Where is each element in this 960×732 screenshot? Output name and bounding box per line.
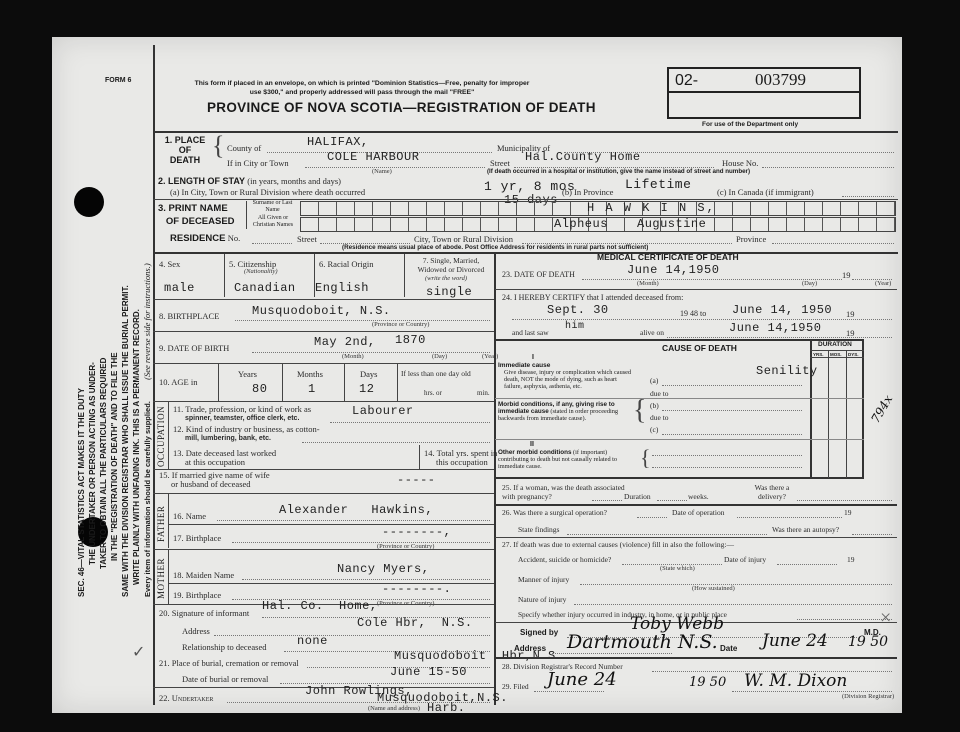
last-saw-value: him — [565, 321, 585, 332]
sex-value: male — [164, 281, 195, 295]
postal-notice: This form if placed in an envelope, on w… — [162, 79, 562, 97]
signature-date: June 24 — [762, 631, 828, 651]
birthplace-value: Musquodoboit, N.S. — [252, 304, 391, 318]
mother-birthplace: --------. — [382, 582, 451, 596]
dob-value: May 2nd, — [314, 335, 376, 349]
mother-maiden-name: Nancy Myers, — [337, 562, 429, 576]
father-birthplace: --------, — [382, 525, 451, 539]
age-months: 1 — [308, 382, 316, 396]
mother-section-label: MOTHER — [156, 558, 166, 599]
marital-status-value: single — [426, 285, 472, 299]
physician-address: Dartmouth N.S. — [567, 631, 718, 653]
margin-instructions: SEC. 46—VITAL STATISTICS ACT MAKES IT TH… — [76, 97, 142, 597]
given-name-2: Augustine — [637, 217, 706, 231]
department-note: For use of the Department only — [702, 121, 798, 128]
place-of-death-label: 1. PLACEOFDEATH — [160, 135, 210, 165]
spouse-value: ----- — [397, 473, 436, 487]
informant-address: Cole Hbr, N.S. — [357, 616, 473, 630]
signature-year: 19 50 — [848, 634, 888, 650]
stay-province-value: Lifetime — [625, 177, 691, 192]
date-of-death: June 14,1950 — [627, 263, 719, 277]
occupation-section-label: OCCUPATION — [156, 406, 166, 467]
filed-year: 19 50 — [689, 675, 726, 690]
margin-note: Every item of information should be care… — [142, 263, 153, 597]
father-name: Alexander Hawkins, — [279, 503, 433, 517]
medical-certificate-title: MEDICAL CERTIFICATE OF DEATH — [597, 252, 739, 262]
form-title: PROVINCE OF NOVA SCOTIA—REGISTRATION OF … — [207, 100, 596, 115]
attended-from: Sept. 30 — [547, 303, 609, 317]
racial-origin-value: English — [315, 281, 369, 295]
form-number: FORM 6 — [105, 77, 131, 84]
city-value: COLE HARBOUR — [327, 150, 419, 164]
informant-value: Hal. Co. Home, — [262, 599, 378, 613]
county-value: HALIFAX, — [307, 135, 369, 149]
undertaker-address-2: Harb. — [427, 701, 466, 715]
trade-value: Labourer — [352, 404, 414, 418]
age-years: 80 — [252, 382, 267, 396]
x-mark-annotation: × — [880, 607, 891, 630]
father-section-label: FATHER — [156, 506, 166, 542]
death-certificate-page: SEC. 46—VITAL STATISTICS ACT MAKES IT TH… — [52, 37, 902, 713]
brace: { — [212, 133, 224, 159]
given-name-1: Alpheus — [554, 217, 608, 231]
relationship-value: none — [297, 634, 328, 648]
registrar-signature: W. M. Dixon — [744, 671, 847, 691]
margin-code-annotation: 794x — [868, 393, 895, 426]
dob-year: 1870 — [395, 333, 426, 347]
cause-a-value: Senility — [756, 364, 818, 378]
filed-date: June 24 — [547, 669, 617, 690]
registration-number-box: 02- 003799 — [667, 67, 861, 119]
citizenship-value: Canadian — [234, 281, 296, 295]
attended-to: June 14, 1950 — [732, 303, 832, 317]
street-value: Hal.County Home — [525, 150, 641, 164]
alive-on-value: June 14,1950 — [729, 321, 821, 335]
name-of-deceased-label: 3. PRINT NAME OF DECEASED — [158, 202, 235, 228]
checkmark-annotation: ✓ — [132, 642, 145, 661]
surname-value: H A W K I N S, — [587, 201, 716, 215]
age-days: 12 — [359, 382, 374, 396]
frame-left — [153, 45, 155, 705]
burial-date: June 15-50 — [390, 665, 467, 679]
